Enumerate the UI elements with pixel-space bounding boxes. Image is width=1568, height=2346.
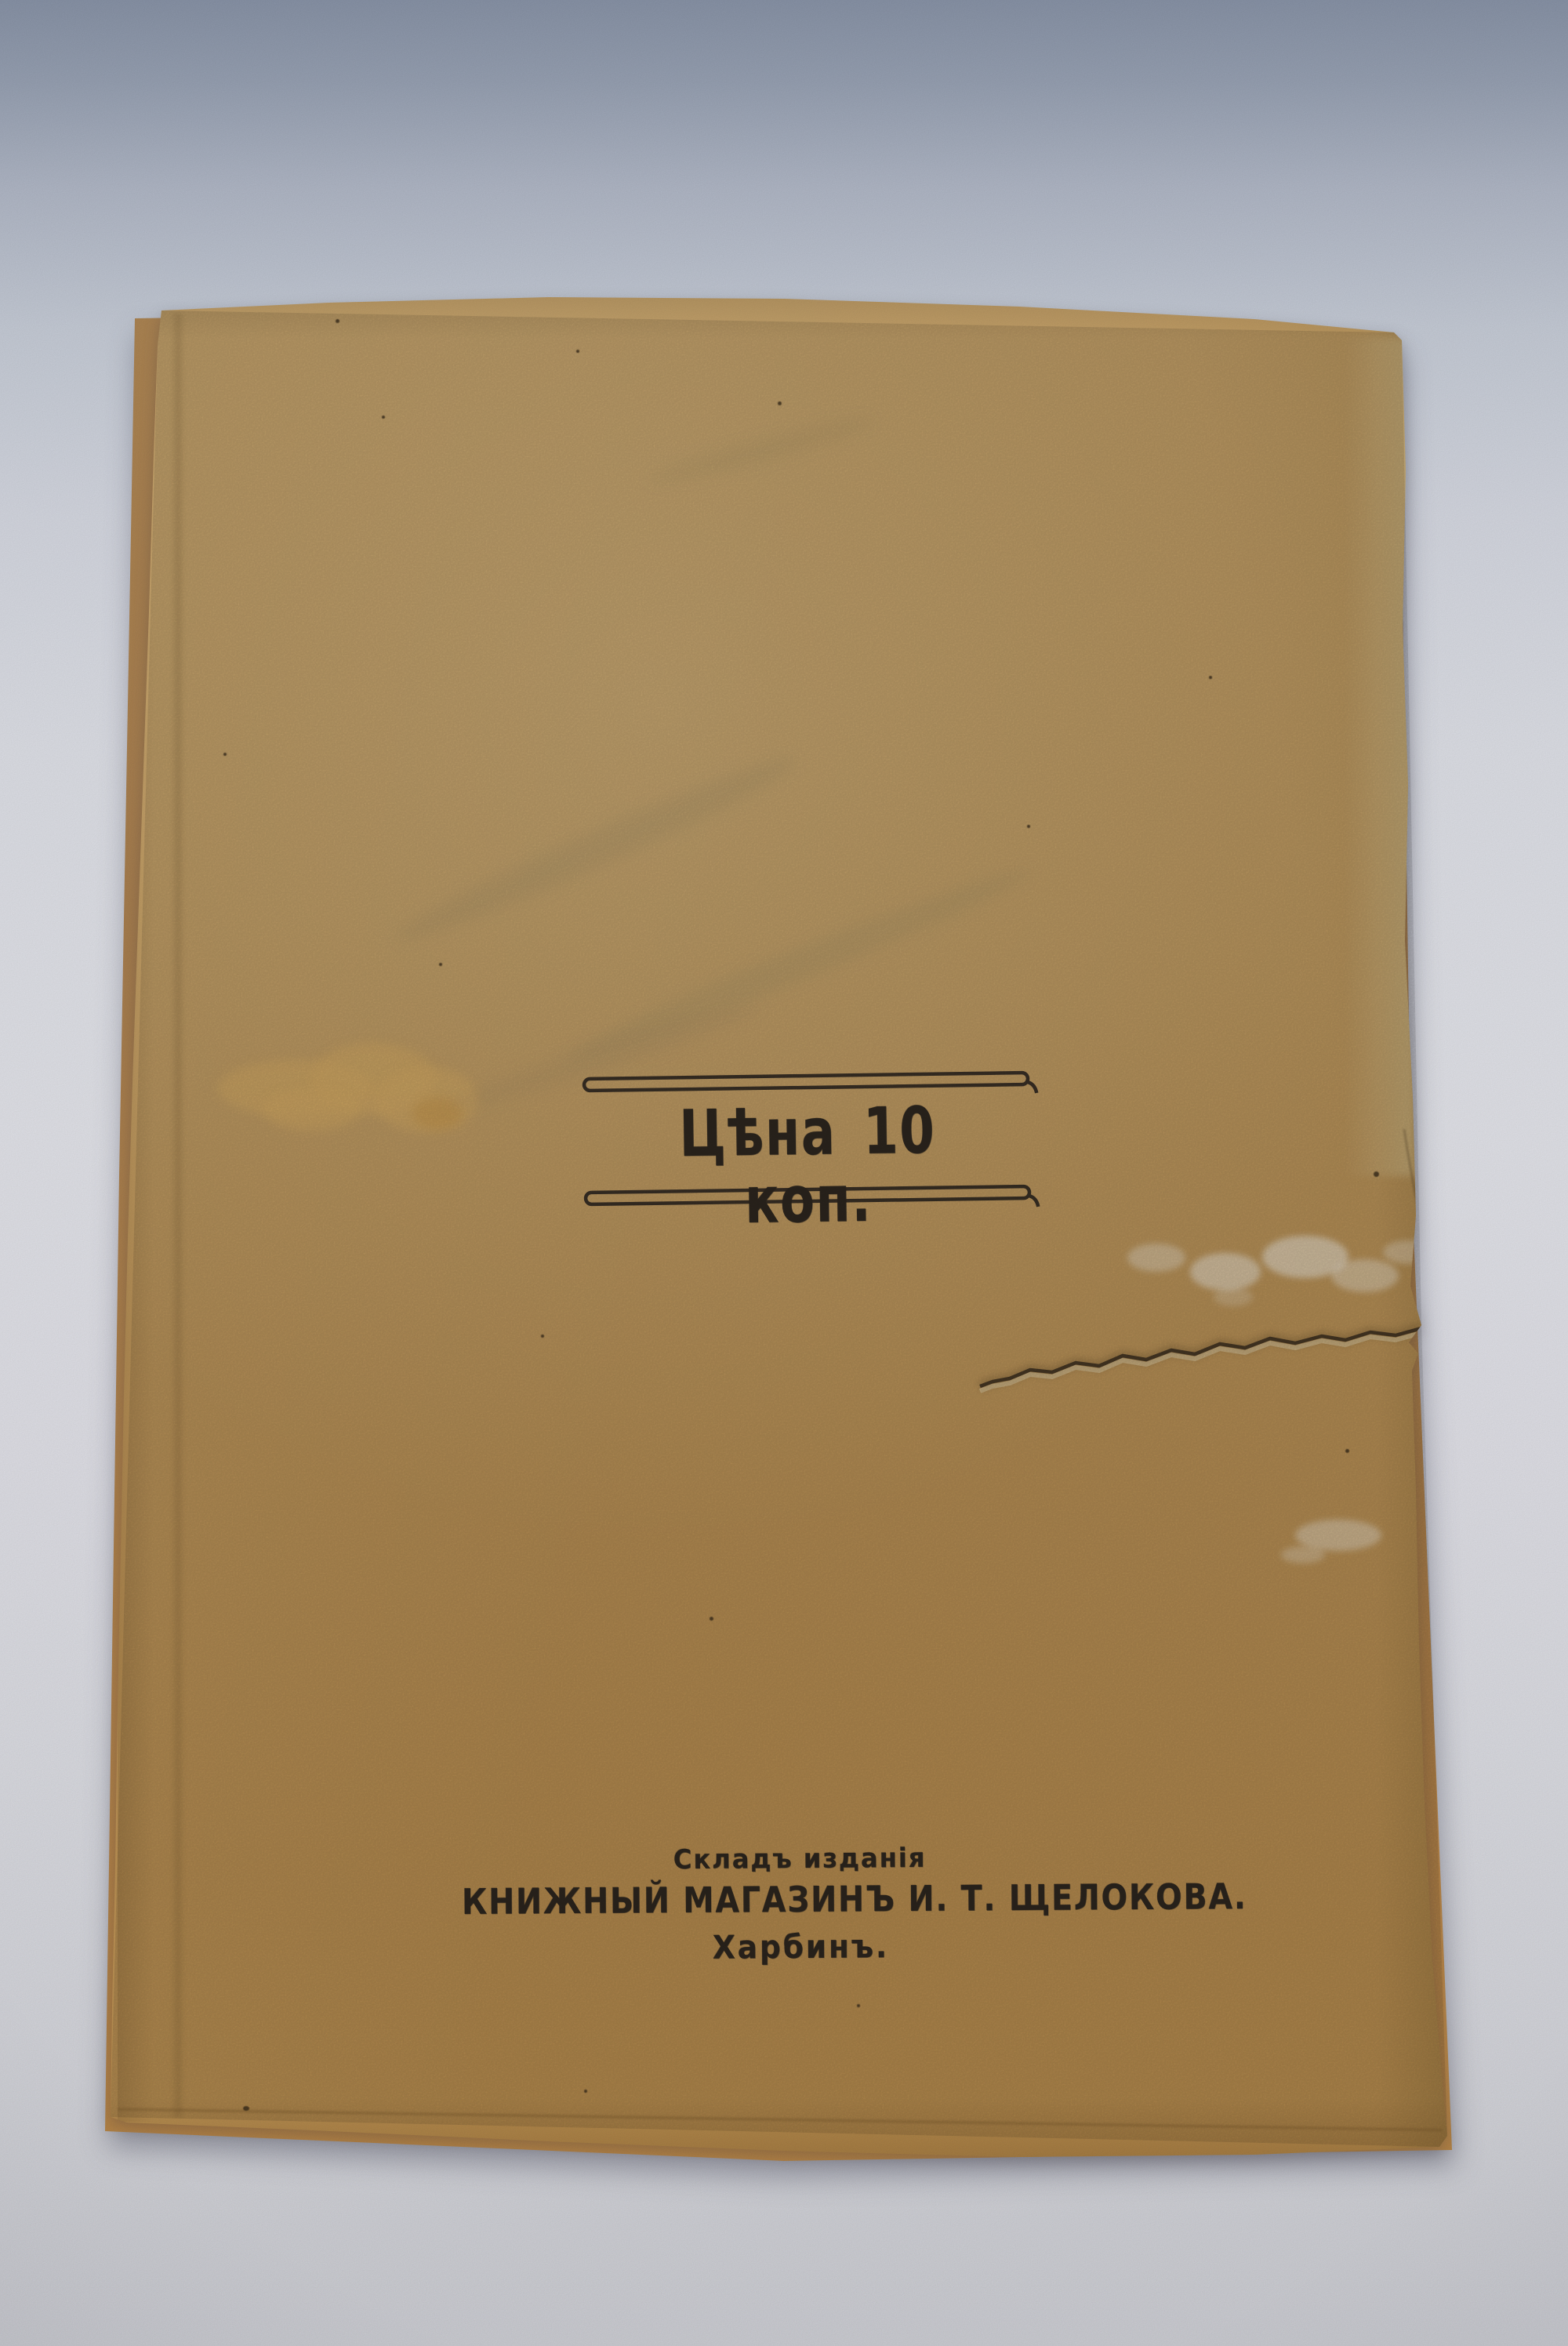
white-scuff-patch — [1096, 1207, 1433, 1325]
paper-speck — [584, 2090, 587, 2093]
paper-speck — [336, 319, 339, 323]
white-scuff-edge — [1278, 1513, 1419, 1568]
booklet: Цѣна 10 коп. Складъ изданія КНИЖНЫЙ МАГА… — [0, 0, 1568, 2346]
price-rule-top — [584, 1073, 1028, 1091]
paper-speck — [439, 963, 442, 966]
paper-speck — [857, 2004, 860, 2007]
photo-background: Цѣна 10 коп. Складъ изданія КНИЖНЫЙ МАГА… — [0, 0, 1568, 2346]
imprint-line-2: КНИЖНЫЙ МАГАЗИНЪ И. Т. ЩЕЛОКОВА. — [408, 1876, 1192, 1924]
cover-faded-strip — [1344, 337, 1414, 1176]
price-rule-top-tail — [1028, 1082, 1036, 1093]
price-box: Цѣна 10 коп. — [547, 1047, 1067, 1226]
paper-speck — [223, 753, 227, 756]
paper-speck — [1345, 1449, 1349, 1453]
price-text: Цѣна 10 коп. — [548, 1095, 1067, 1237]
paper-speck — [1209, 676, 1212, 679]
paper-speck — [382, 416, 385, 419]
paper-speck — [710, 1617, 713, 1621]
paper-speck — [778, 401, 782, 405]
cover-shading-top — [154, 296, 1405, 339]
paper-speck — [1027, 825, 1030, 828]
paper-speck — [576, 350, 579, 353]
booklet-back-cover: Цѣна 10 коп. Складъ изданія КНИЖНЫЙ МАГА… — [0, 0, 1568, 2346]
imprint-line-3: Харбинъ. — [408, 1925, 1192, 1970]
smudge-mark — [388, 743, 804, 955]
imprint-block: Складъ изданія КНИЖНЫЙ МАГАЗИНЪ И. Т. ЩЕ… — [408, 1825, 1192, 1830]
cover-crease-line — [171, 314, 185, 2117]
imprint-line-1: Складъ изданія — [408, 1840, 1192, 1879]
paper-speck — [541, 1335, 544, 1338]
paper-speck — [1374, 1171, 1379, 1177]
cover-shading-left — [118, 310, 154, 2122]
paper-speck — [243, 2106, 249, 2111]
smudge-mark — [644, 409, 877, 493]
